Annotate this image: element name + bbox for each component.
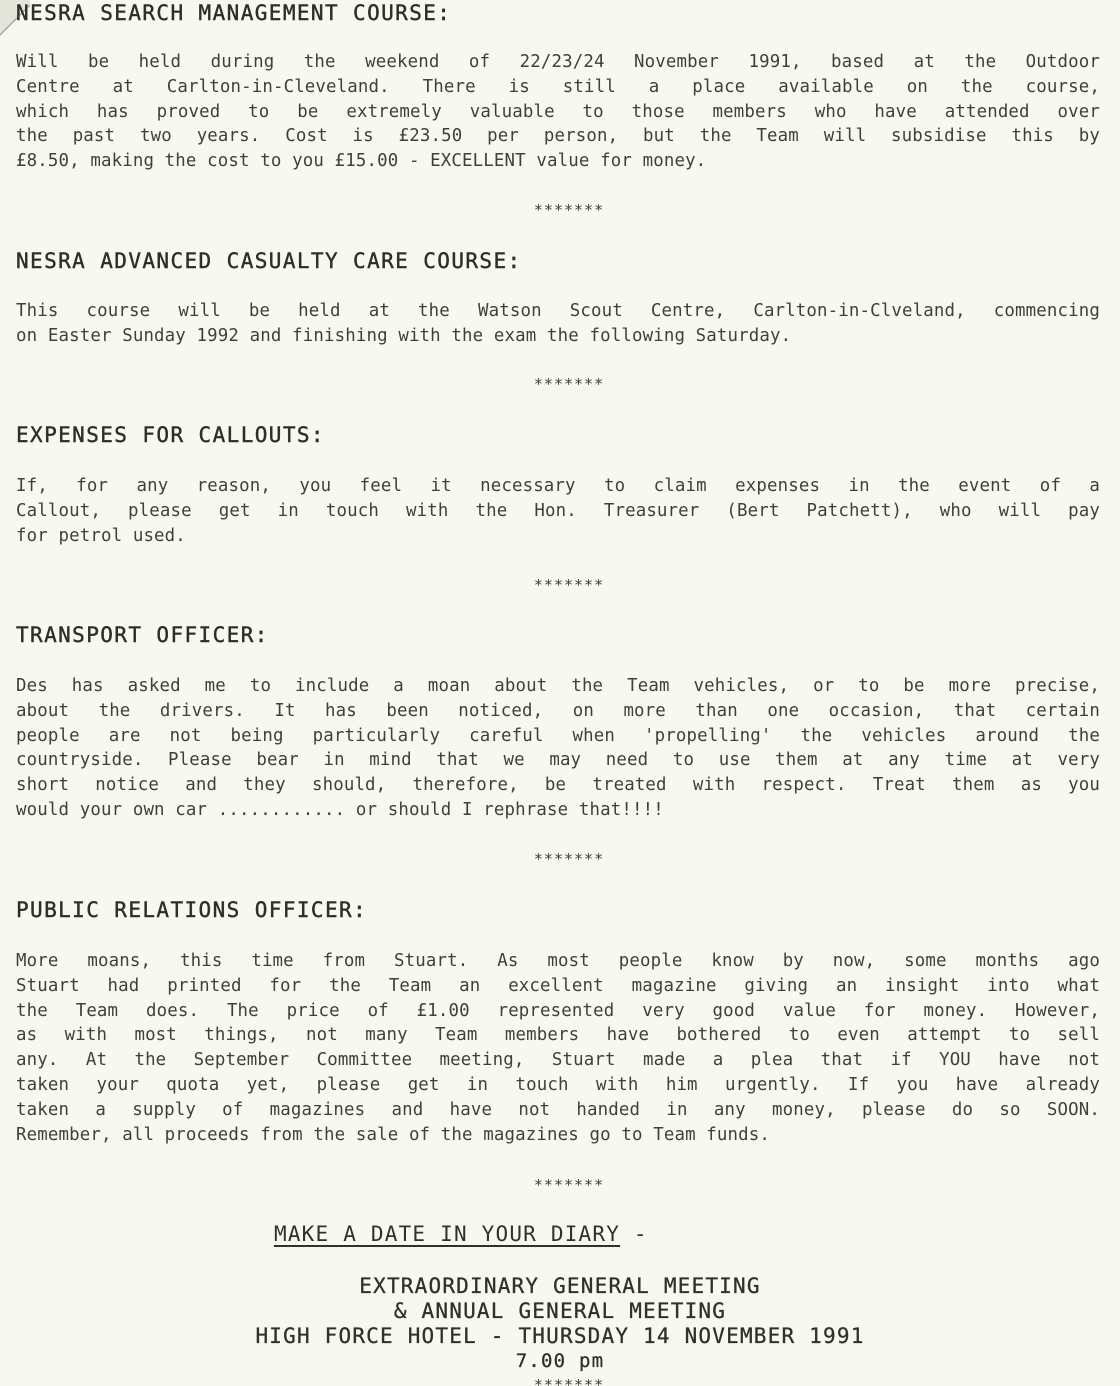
paragraph-line: This course will be held at the Watson S… (16, 299, 1100, 324)
paragraph-line: £8.50, making the cost to you £15.00 - E… (16, 149, 1100, 174)
paragraph-line: More moans, this time from Stuart. As mo… (16, 949, 1100, 974)
paragraph-line: on Easter Sunday 1992 and finishing with… (16, 324, 1100, 349)
paragraph-line: about the drivers. It has been noticed, … (16, 699, 1100, 724)
paragraph-line: short notice and they should, therefore,… (16, 773, 1100, 798)
paragraph-line: would your own car ............ or shoul… (16, 798, 1100, 823)
paragraph-line: countryside. Please bear in mind that we… (16, 748, 1100, 773)
paragraph-line: the past two years. Cost is £23.50 per p… (16, 124, 1100, 149)
paragraph-line: people are not being particularly carefu… (16, 724, 1100, 749)
paragraph-line: If, for any reason, you feel it necessar… (16, 474, 1100, 499)
egm-line: EXTRAORDINARY GENERAL MEETING (0, 1274, 1120, 1298)
paragraph-line: Remember, all proceeds from the sale of … (16, 1123, 1100, 1148)
heading-casualty-care: NESRA ADVANCED CASUALTY CARE COURSE: (16, 249, 522, 273)
separator: ******* (0, 576, 1120, 594)
paragraph-line: which has proved to be extremely valuabl… (16, 100, 1100, 125)
paragraph-line: Stuart had printed for the Team an excel… (16, 974, 1100, 999)
heading-search-management: NESRA SEARCH MANAGEMENT COURSE: (16, 1, 451, 25)
meeting-time: 7.00 pm (0, 1350, 1120, 1372)
para-casualty-care: This course will be held at the Watson S… (16, 299, 1100, 349)
separator: ******* (0, 375, 1120, 393)
para-public-relations: More moans, this time from Stuart. As mo… (16, 949, 1100, 1147)
diary-heading: MAKE A DATE IN YOUR DIARY - (274, 1222, 648, 1246)
paragraph-line: Centre at Carlton-in-Cleveland. There is… (16, 75, 1100, 100)
paragraph-line: the Team does. The price of £1.00 repres… (16, 999, 1100, 1024)
paragraph-line: Callout, please get in touch with the Ho… (16, 499, 1100, 524)
para-expenses-callouts: If, for any reason, you feel it necessar… (16, 474, 1100, 548)
para-transport-officer: Des has asked me to include a moan about… (16, 674, 1100, 823)
heading-transport-officer: TRANSPORT OFFICER: (16, 623, 269, 647)
paragraph-line: for petrol used. (16, 524, 1100, 549)
paragraph-line: Des has asked me to include a moan about… (16, 674, 1100, 699)
separator: ******* (0, 1176, 1120, 1194)
para-search-management: Will be held during the weekend of 22/23… (16, 50, 1100, 174)
agm-line: & ANNUAL GENERAL MEETING (0, 1299, 1120, 1323)
separator: ******* (0, 850, 1120, 868)
heading-public-relations: PUBLIC RELATIONS OFFICER: (16, 898, 367, 922)
paragraph-line: taken your quota yet, please get in touc… (16, 1073, 1100, 1098)
heading-expenses-callouts: EXPENSES FOR CALLOUTS: (16, 423, 325, 447)
paragraph-line: Will be held during the weekend of 22/23… (16, 50, 1100, 75)
paragraph-line: as with most things, not many Team membe… (16, 1023, 1100, 1048)
venue-date-line: HIGH FORCE HOTEL - THURSDAY 14 NOVEMBER … (0, 1324, 1120, 1348)
diary-dash: - (620, 1222, 648, 1246)
paragraph-line: any. At the September Committee meeting,… (16, 1048, 1100, 1073)
diary-title: MAKE A DATE IN YOUR DIARY (274, 1222, 620, 1246)
separator: ******* (0, 1376, 1120, 1386)
separator: ******* (0, 201, 1120, 219)
paragraph-line: taken a supply of magazines and have not… (16, 1098, 1100, 1123)
